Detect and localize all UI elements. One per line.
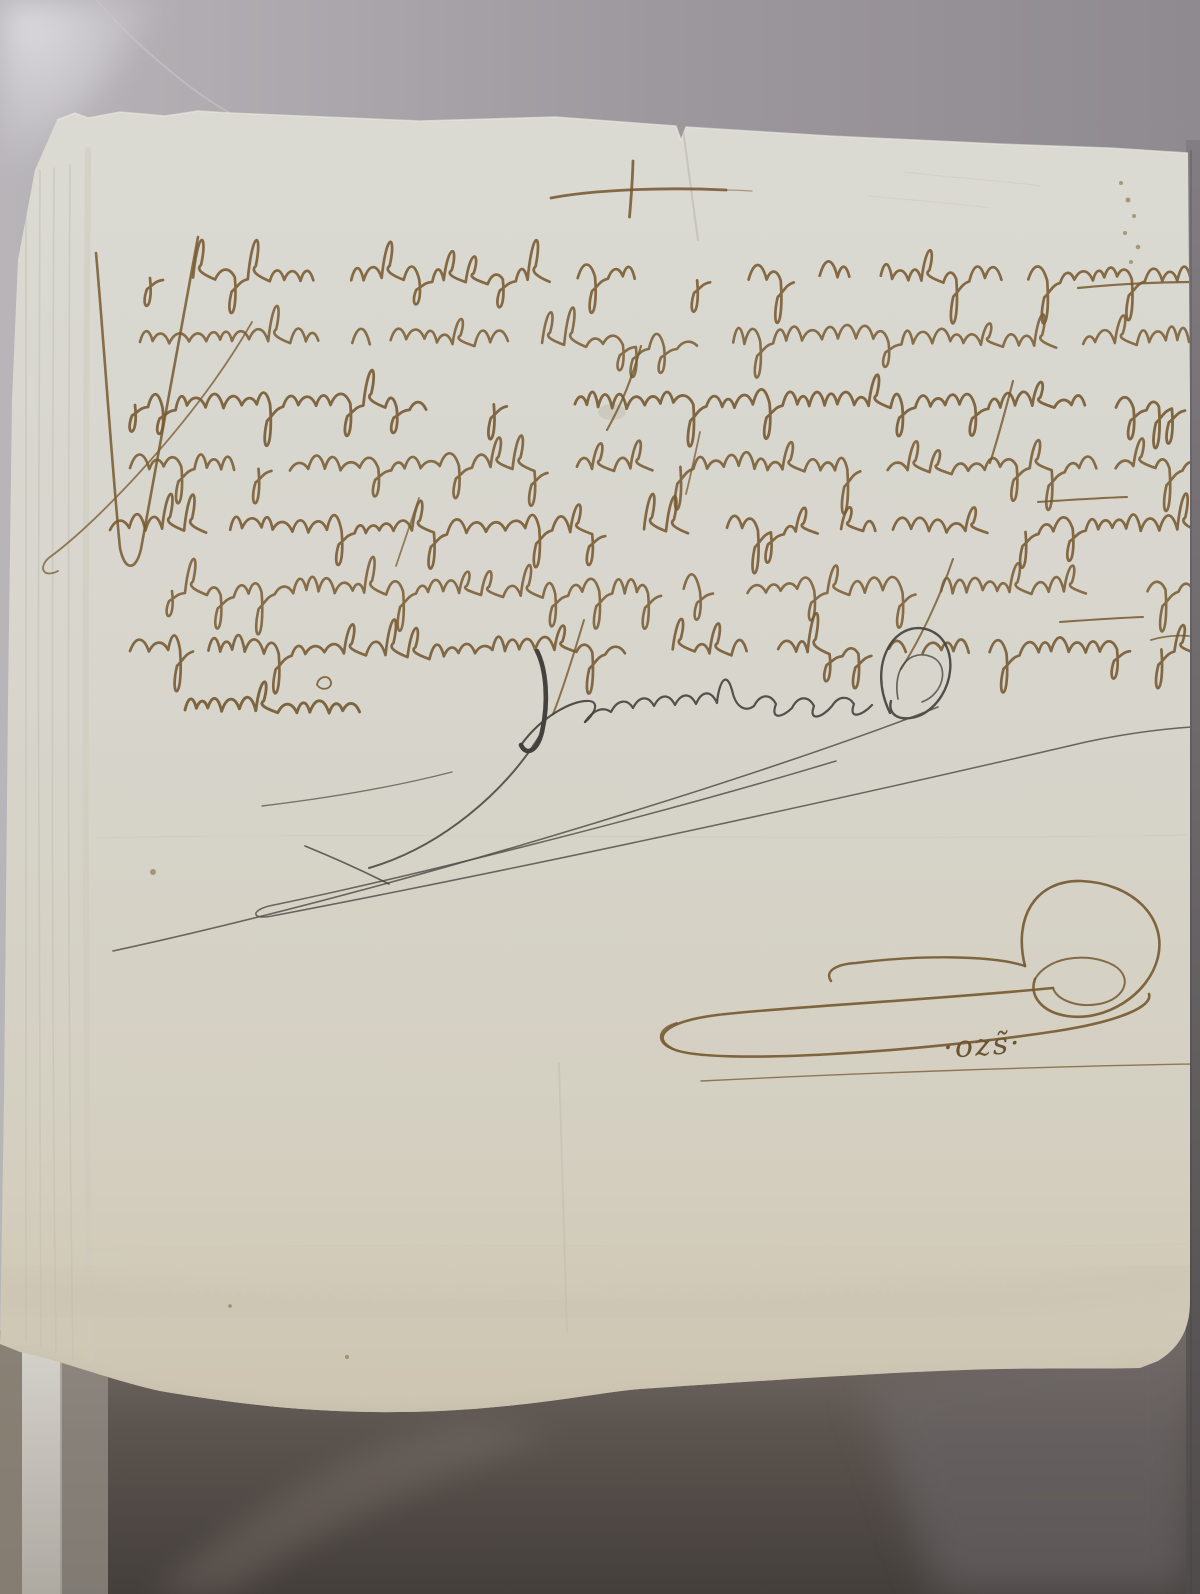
manuscript-artwork: ·ozs̃· xyxy=(0,0,1200,1594)
stand-edge-warm-strip xyxy=(0,1336,24,1594)
acrylic-stand-highlight xyxy=(22,1348,62,1594)
manuscript-photo: Sixteenth-century Spanish manuscript let… xyxy=(0,0,1200,1594)
rubric-annotation: ·ozs̃· xyxy=(942,1026,1023,1066)
